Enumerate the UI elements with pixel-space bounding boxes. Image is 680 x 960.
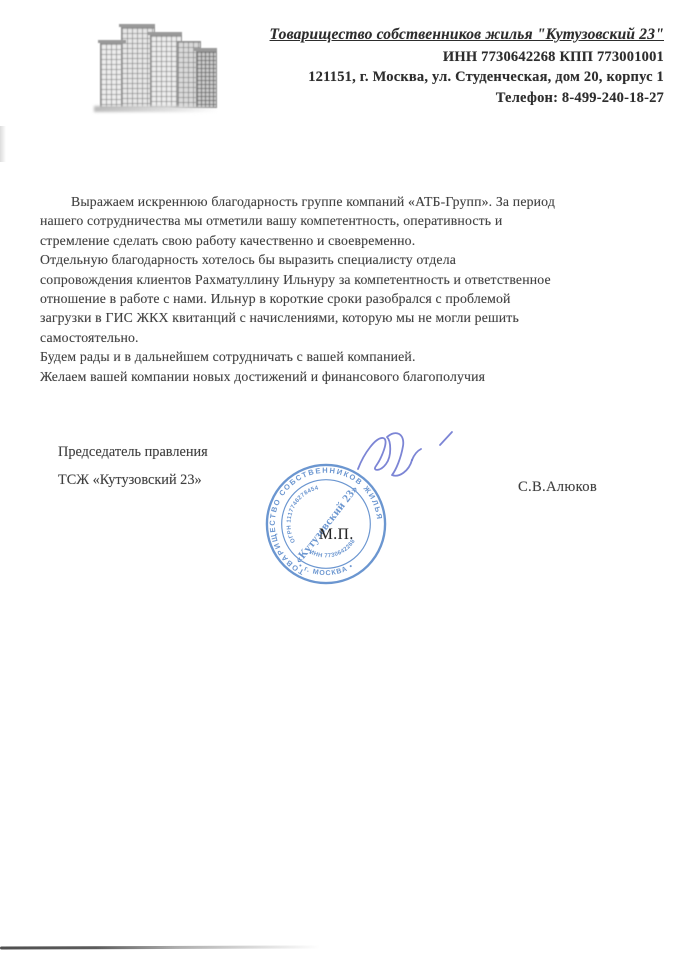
scanned-letter-page: Товарищество собственников жилья "Кутузо… [0, 0, 680, 960]
body-line: загрузки в ГИС ЖКХ квитанций с начислени… [40, 308, 648, 327]
building-roof [194, 48, 217, 51]
org-address: 121151, г. Москва, ул. Студенческая, дом… [270, 67, 664, 87]
building-roof [119, 24, 155, 27]
org-phone: Телефон: 8-499-240-18-27 [270, 88, 664, 108]
org-title: Товарищество собственников жилья "Кутузо… [270, 26, 664, 44]
letterhead: Товарищество собственников жилья "Кутузо… [270, 26, 664, 108]
body-line: отношение в работе с нами. Ильнур в коро… [40, 289, 648, 308]
building-tower [196, 51, 217, 108]
body-line: Отдельную благодарность хотелось бы выра… [40, 250, 648, 269]
body-line: сопровождения клиентов Рахматуллину Ильн… [40, 270, 648, 289]
building-logo-image [100, 17, 216, 114]
body-line: стремление сделать свою работу качествен… [40, 231, 648, 250]
signature-position-block: Председатель правления ТСЖ «Кутузовский … [58, 444, 208, 500]
handwritten-signature [352, 425, 462, 485]
body-line: самостоятельно. [40, 328, 648, 347]
building-ground-shadow [94, 106, 218, 112]
building-roof [148, 32, 182, 35]
body-line: Желаем вашей компании новых достижений и… [40, 367, 648, 386]
org-inn-kpp: ИНН 7730642268 КПП 773001001 [270, 47, 664, 67]
body-line: Будем рады и в дальнейшем сотрудничать с… [40, 347, 648, 366]
building-roof [98, 40, 126, 43]
signer-name: С.В.Алюков [518, 479, 597, 496]
mp-seal-placeholder-label: М.П. [319, 526, 354, 544]
stamp-ring-text-bottom: • г. МОСКВА • [297, 562, 355, 577]
signer-org: ТСЖ «Кутузовский 23» [58, 472, 208, 489]
scan-edge-smudge [0, 126, 6, 162]
letter-body: Выражаем искреннюю благодарность группе … [40, 192, 648, 386]
body-line: Выражаем искреннюю благодарность группе … [40, 192, 648, 211]
body-line: нашего сотрудничества мы отметили вашу к… [40, 211, 648, 230]
signer-position: Председатель правления [58, 444, 208, 461]
scan-bottom-line-artifact [0, 945, 320, 949]
